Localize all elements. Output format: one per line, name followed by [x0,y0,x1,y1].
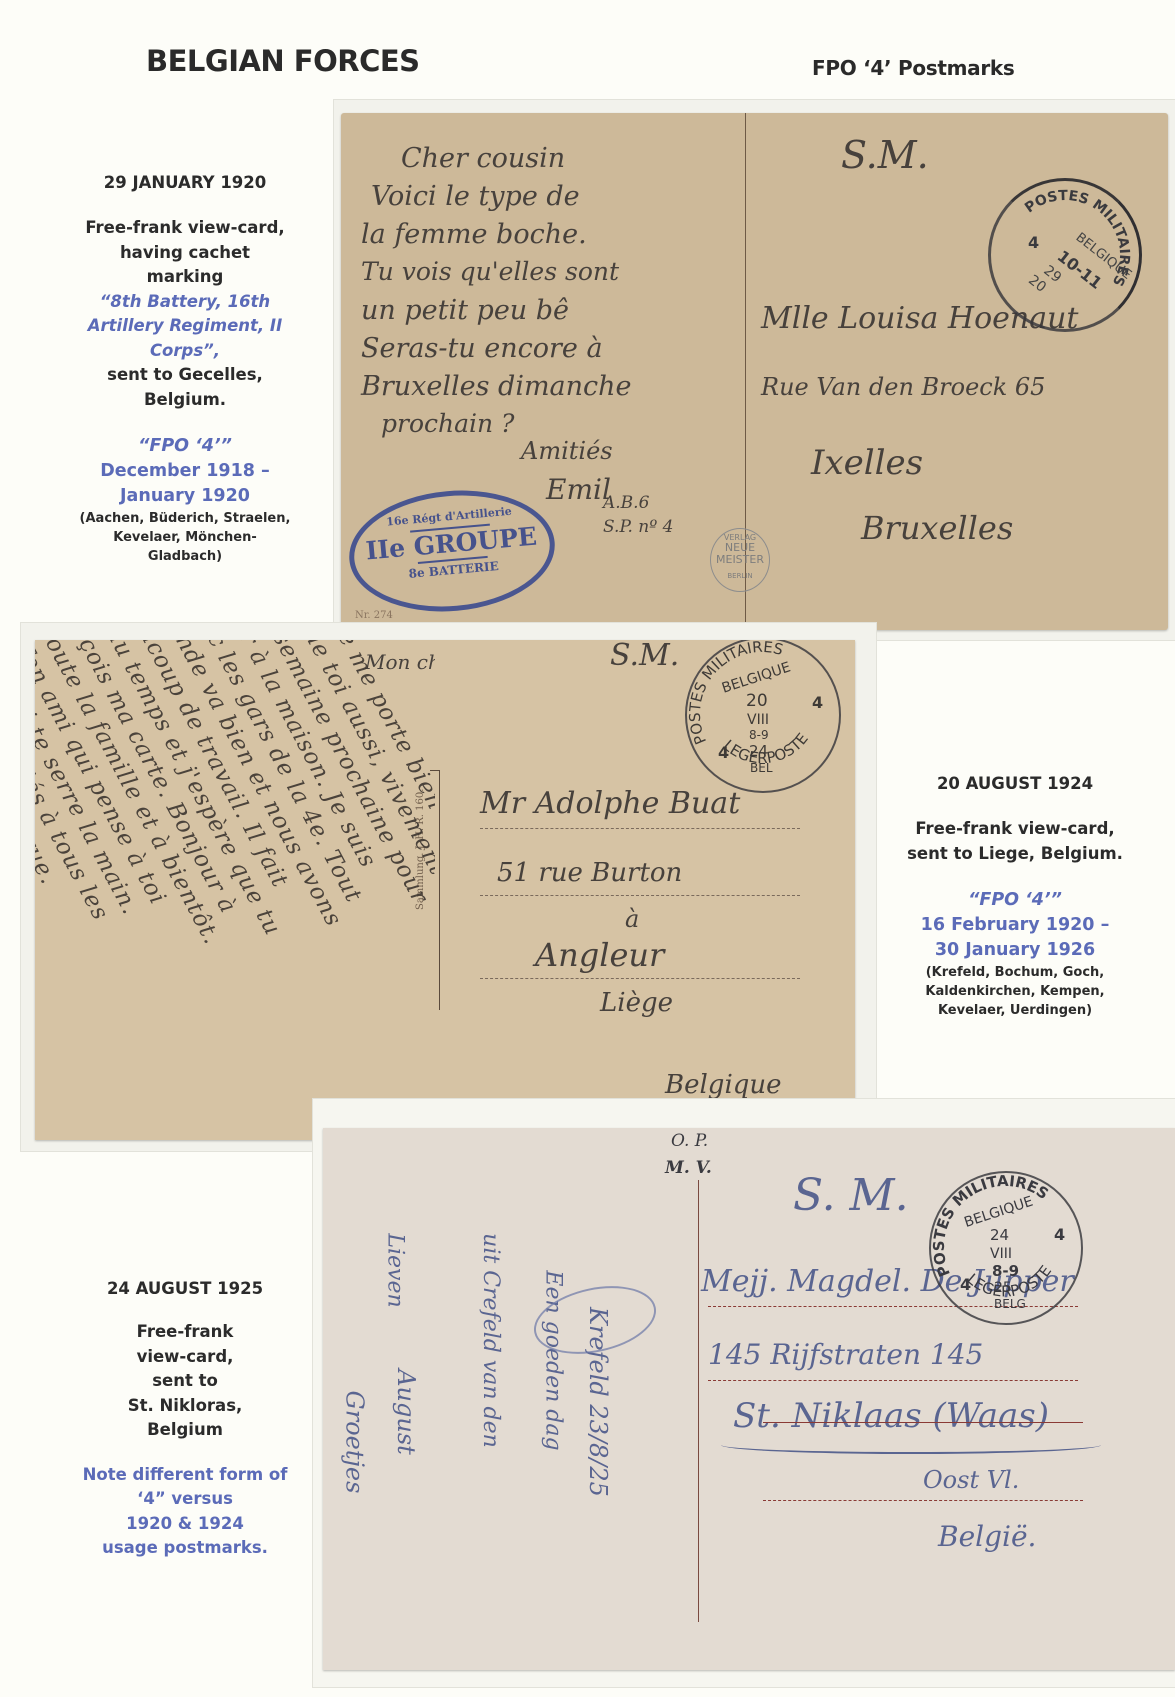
postcard-1920: Cher cousin Voici le type de la femme bo… [341,113,1168,630]
svg-text:4: 4 [718,743,729,762]
svg-text:8-9: 8-9 [749,728,769,742]
postmark-note: Note different form of ‘4” versus 1920 &… [60,1463,310,1561]
svg-text:VIII: VIII [747,712,769,728]
fpo-range: December 1918 – January 1920 [50,459,320,509]
svg-text:BEL: BEL [750,761,773,775]
fpo-label: “FPO ‘4’” [50,434,320,459]
item-date: 20 AUGUST 1924 [875,774,1155,793]
fpo-locations: (Krefeld, Bochum, Goch, Kaldenkirchen, K… [875,963,1155,1020]
handwritten-message: Dag lie Groetjes August Lieven uit Crefe… [323,1128,695,1670]
item-description: Free-frank view-card, sent to St. Niklor… [60,1320,310,1443]
fpo-postmark-1924: POSTES MILITAIRES LEGERPOSTERIJ BELGIQUE… [685,640,841,793]
caption-1920: 29 JANUARY 1920 Free-frank view-card, ha… [50,173,320,566]
postcard-1925: O. P. M. V. Dag lie Groetjes August Liev… [323,1128,1175,1670]
fpo-locations: (Aachen, Büderich, Straelen, Kevelaer, M… [50,509,320,566]
svg-text:4: 4 [960,1275,971,1294]
card-number: Nr. 274 [355,610,393,621]
svg-text:24: 24 [990,1226,1009,1244]
page-subtitle: FPO ‘4’ Postmarks [812,56,1015,80]
fpo-range: 16 February 1920 – 30 January 1926 [875,913,1155,963]
svg-text:4: 4 [812,693,823,712]
fpo-postmark-1925: POSTES MILITAIRES LEGERPOSTERIJ BELGIQUE… [929,1171,1083,1325]
cachet-quote: “8th Battery, 16th Artillery Regiment, I… [50,290,320,364]
postcard-1924: Sammlung. J. H. R. 160. Mon cher Mon che… [35,640,855,1140]
card-divider [439,770,440,1010]
item-date: 24 AUGUST 1925 [60,1279,310,1298]
caption-1924: 20 AUGUST 1924 Free-frank view-card, sen… [875,774,1155,1020]
page-title: BELGIAN FORCES [146,44,420,78]
fpo-postmark-1920: POSTES MILITAIRES BELGIQUE 10-11 29 20 4 [988,178,1142,332]
svg-text:8-9: 8-9 [992,1262,1019,1280]
publisher-logo: VERLAG NEUE MEISTER BERLIN [710,528,770,592]
svg-text:24: 24 [749,742,768,760]
svg-text:VIII: VIII [990,1246,1012,1262]
svg-text:4: 4 [1054,1225,1065,1244]
caption-1925: 24 AUGUST 1925 Free-frank view-card, sen… [60,1279,310,1561]
svg-text:20: 20 [746,691,768,711]
regiment-cachet: 16e Régt d'Artillerie IIe GROUPE 8e BATT… [344,482,560,619]
card-divider [698,1180,699,1622]
handwritten-message: Mon cher Mon cher, je me porte bien et j… [35,640,435,1140]
item-date: 29 JANUARY 1920 [50,173,320,192]
fpo-label: “FPO ‘4’” [875,888,1155,913]
svg-text:4: 4 [1028,233,1039,252]
item-description: Free-frank view-card, having cachet mark… [50,216,320,412]
item-description: Free-frank view-card, sent to Liege, Bel… [875,817,1155,866]
svg-text:25: 25 [994,1280,1012,1296]
svg-text:BELG: BELG [994,1297,1026,1311]
